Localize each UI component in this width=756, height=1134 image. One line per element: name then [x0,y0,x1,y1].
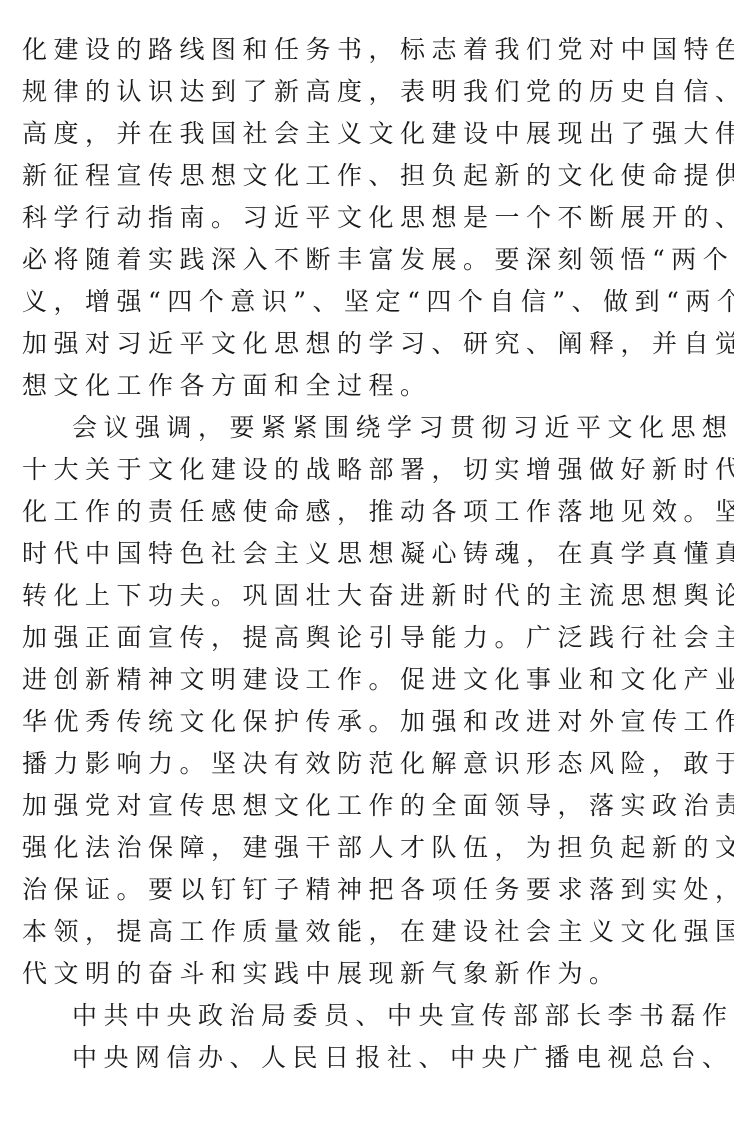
text-line: 高度，并在我国社会主义文化建设中展现出了强大伟力，为做好新时代 [22,113,734,155]
text-line: 中共中央政治局委员、中央宣传部部长李书磊作工作布置。 [22,995,734,1037]
text-line: 加强党对宣传思想文化工作的全面领导，落实政治责任，勇于改革创新， [22,785,734,827]
text-line: 会议强调，要紧紧围绕学习贯彻习近平文化思想，围绕贯彻党的二 [22,407,734,449]
text-line: 本领，提高工作质量效能，在建设社会主义文化强国、建设中华民族现 [22,911,734,953]
text-line: 时代中国特色社会主义思想凝心铸魂，在真学真懂真信真用、深化内化 [22,533,734,575]
text-line: 化建设的路线图和任务书，标志着我们党对中国特色社会主义文化建设 [22,29,734,71]
text-line: 中央网信办、人民日报社、中央广播电视总台、国务院国资委、北 [22,1037,734,1079]
text-line: 想文化工作各方面和全过程。 [22,365,734,407]
text-line: 治保证。要以钉钉子精神把各项任务要求落到实处，不断增强工作能力 [22,869,734,911]
paragraph: 会议强调，要紧紧围绕学习贯彻习近平文化思想，围绕贯彻党的二 十大关于文化建设的战… [22,407,734,995]
text-line: 播力影响力。坚决有效防范化解意识形态风险，敢于亮剑、敢于斗争。 [22,743,734,785]
text-line: 加强对习近平文化思想的学习、研究、阐释，并自觉贯彻落实到宣传思 [22,323,734,365]
text-line: 规律的认识达到了新高度，表明我们党的历史自信、文化自信达到了新 [22,71,734,113]
text-line: 加强正面宣传，提高舆论引导能力。广泛践行社会主义核心价值观，改 [22,617,734,659]
text-line: 强化法治保障，建强干部人才队伍，为担负起新的文化使命提供坚强政 [22,827,734,869]
text-line: 必将随着实践深入不断丰富发展。要深刻领悟“两个确立”的决定性意 [22,239,734,281]
text-line: 化工作的责任感使命感，推动各项工作落地见效。坚持不懈用习近平新 [22,491,734,533]
paragraph: 化建设的路线图和任务书，标志着我们党对中国特色社会主义文化建设 规律的认识达到了… [22,29,734,407]
text-line: 代文明的奋斗和实践中展现新气象新作为。 [22,953,734,995]
document-page: 化建设的路线图和任务书，标志着我们党对中国特色社会主义文化建设 规律的认识达到了… [22,29,734,1079]
paragraph: 中央网信办、人民日报社、中央广播电视总台、国务院国资委、北 [22,1037,734,1079]
text-line: 华优秀传统文化保护传承。加强和改进对外宣传工作，增强中华文明传 [22,701,734,743]
text-line: 科学行动指南。习近平文化思想是一个不断展开的、开放式的思想体系， [22,197,734,239]
paragraph: 中共中央政治局委员、中央宣传部部长李书磊作工作布置。 [22,995,734,1037]
text-line: 转化上下功夫。巩固壮大奋进新时代的主流思想舆论，以强信心为重点 [22,575,734,617]
text-line: 十大关于文化建设的战略部署，切实增强做好新时代新征程宣传思想文 [22,449,734,491]
text-line: 义，增强“四个意识”、坚定“四个自信”、做到“两个维护”，持续 [22,281,734,323]
text-line: 进创新精神文明建设工作。促进文化事业和文化产业繁荣发展，推动中 [22,659,734,701]
text-line: 新征程宣传思想文化工作、担负起新的文化使命提供了强大思想武器和 [22,155,734,197]
